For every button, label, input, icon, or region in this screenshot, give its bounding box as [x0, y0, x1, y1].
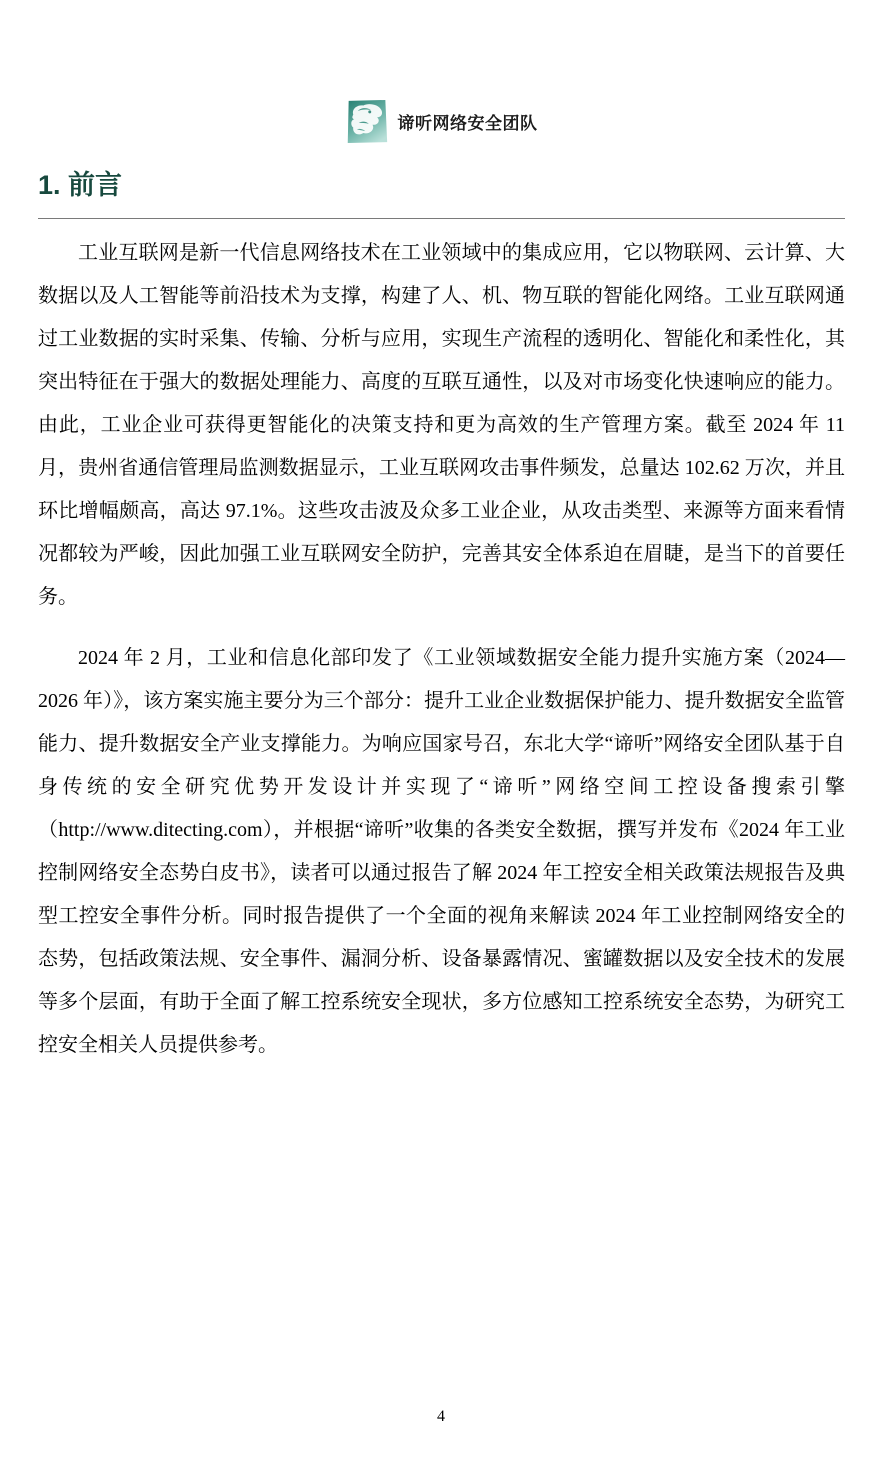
page-footer: 4: [0, 1408, 882, 1426]
ditecting-seal-logo-icon: [345, 98, 389, 145]
page-header: 谛听网络安全团队: [0, 0, 882, 145]
page-content: 1. 前言 工业互联网是新一代信息网络技术在工业领域中的集成应用，它以物联网、云…: [38, 169, 845, 1067]
body-text: 工业互联网是新一代信息网络技术在工业领域中的集成应用，它以物联网、云计算、大数据…: [38, 232, 845, 1067]
section-heading: 1. 前言: [38, 169, 845, 201]
page-number: 4: [437, 1408, 445, 1425]
paragraph-industrial-internet: 工业互联网是新一代信息网络技术在工业领域中的集成应用，它以物联网、云计算、大数据…: [38, 232, 845, 619]
document-page: 谛听网络安全团队 1. 前言 工业互联网是新一代信息网络技术在工业领域中的集成应…: [0, 0, 882, 1484]
heading-divider: [38, 218, 845, 219]
paragraph-whitepaper-intro: 2024 年 2 月，工业和信息化部印发了《工业领域数据安全能力提升实施方案（2…: [38, 637, 845, 1067]
team-name-label: 谛听网络安全团队: [398, 109, 538, 134]
